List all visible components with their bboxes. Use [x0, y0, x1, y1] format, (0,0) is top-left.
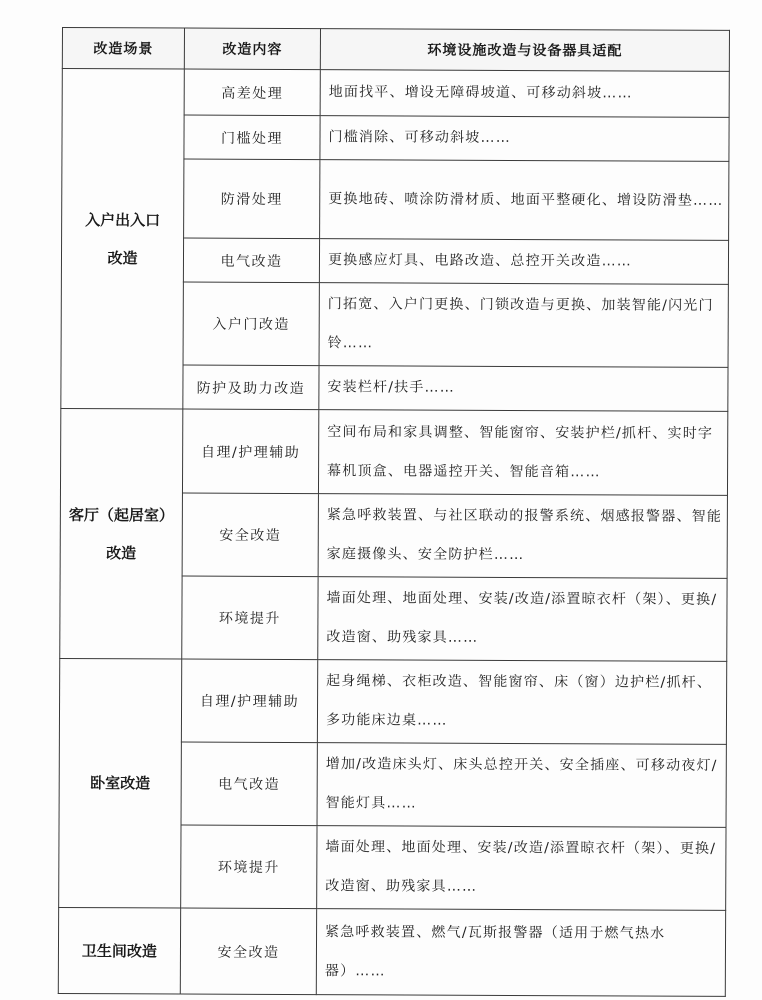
table-row: 入户出入口 改造 高差处理 地面找平、增设无障碍坡道、可移动斜坡……: [62, 69, 729, 118]
item-cell: 防护及助力改造: [183, 365, 319, 410]
scanned-document-page: 改造场景 改造内容 环境设施改造与设备器具适配 入户出入口 改造 高差处理 地面…: [0, 0, 762, 1000]
item-cell: 安全改造: [180, 908, 316, 995]
scene-label-line: 卫生间改造: [59, 931, 180, 970]
item-cell: 门槛处理: [184, 115, 320, 160]
scene-label-line: 客厅（起居室）: [61, 495, 182, 534]
item-cell: 电气改造: [181, 742, 317, 826]
scene-cell-living-room: 客厅（起居室） 改造: [60, 408, 183, 659]
header-scene: 改造场景: [62, 28, 184, 70]
table-row: 卧室改造 自理/护理辅助 起身绳梯、衣柜改造、智能窗帘、床（窗）边护栏/抓杆、多…: [59, 658, 726, 744]
desc-cell: 墙面处理、地面处理、安装/改造/添置晾衣杆（架）、更换/改造窗、助残家具……: [318, 577, 727, 662]
header-adaptation: 环境设施改造与设备器具适配: [320, 29, 729, 72]
desc-cell: 空间布局和家具调整、智能窗帘、安装护栏/抓杆、实时字幕机顶盒、电器遥控开关、智能…: [318, 410, 727, 496]
item-cell: 自理/护理辅助: [182, 409, 318, 494]
desc-cell: 门拓宽、入户门更换、门锁改造与更换、加装智能/闪光门铃……: [319, 283, 728, 368]
scene-cell-entrance: 入户出入口 改造: [61, 69, 184, 410]
item-cell: 入户门改造: [183, 282, 319, 366]
desc-cell: 墙面处理、地面处理、安装/改造/添置晾衣杆（架）、更换/改造窗、助残家具……: [317, 826, 726, 911]
desc-cell: 更换地砖、喷涂防滑材质、地面平整硬化、增设防滑垫……: [320, 160, 729, 241]
scene-label-line: 入户出入口: [62, 201, 183, 240]
desc-cell: 地面找平、增设无障碍坡道、可移动斜坡……: [320, 70, 729, 118]
item-cell: 安全改造: [182, 493, 318, 577]
desc-cell: 门槛消除、可移动斜坡……: [320, 116, 729, 162]
item-cell: 环境提升: [182, 576, 318, 660]
item-cell: 自理/护理辅助: [181, 659, 317, 743]
desc-cell: 起身绳梯、衣柜改造、智能窗帘、床（窗）边护栏/抓杆、多功能床边桌……: [317, 660, 726, 745]
item-cell: 环境提升: [181, 825, 317, 909]
table-row: 客厅（起居室） 改造 自理/护理辅助 空间布局和家具调整、智能窗帘、安装护栏/抓…: [60, 408, 727, 495]
desc-cell: 紧急呼救装置、与社区联动的报警系统、烟感报警器、智能家庭摄像头、安全防护栏……: [318, 494, 727, 579]
scene-label-line: 改造: [61, 533, 182, 572]
item-cell: 高差处理: [184, 69, 320, 116]
scene-label-line: 卧室改造: [60, 764, 181, 803]
header-content: 改造内容: [184, 28, 320, 70]
desc-cell: 紧急呼救装置、燃气/瓦斯报警器（适用于燃气热水器）……: [316, 909, 725, 997]
renovation-table: 改造场景 改造内容 环境设施改造与设备器具适配 入户出入口 改造 高差处理 地面…: [58, 27, 730, 997]
item-cell: 防滑处理: [184, 159, 320, 239]
item-cell: 电气改造: [183, 238, 319, 283]
desc-cell: 更换感应灯具、电路改造、总控开关改造……: [319, 239, 728, 285]
desc-cell: 增加/改造床头灯、床头总控开关、安全插座、可移动夜灯/智能灯具……: [317, 743, 726, 828]
desc-cell: 安装栏杆/扶手……: [319, 366, 728, 412]
table-row: 卫生间改造 安全改造 紧急呼救装置、燃气/瓦斯报警器（适用于燃气热水器）……: [58, 907, 725, 996]
scene-label-line: 改造: [62, 239, 183, 278]
table-header-row: 改造场景 改造内容 环境设施改造与设备器具适配: [62, 28, 729, 72]
scene-cell-bathroom: 卫生间改造: [58, 907, 180, 994]
scene-cell-bedroom: 卧室改造: [59, 658, 182, 908]
